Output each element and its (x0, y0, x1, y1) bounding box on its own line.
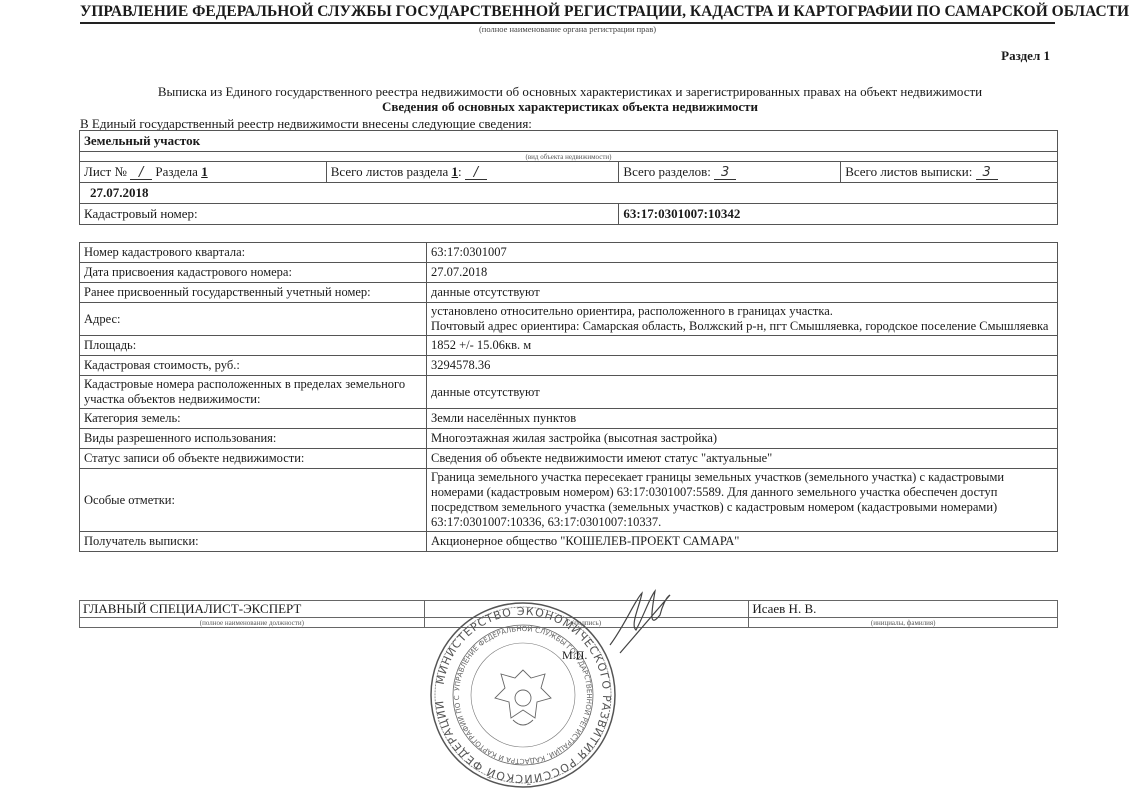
row-value: данные отсутствуют (427, 376, 1058, 409)
signer-name: Исаев Н. В. (749, 601, 1058, 618)
table-row: Адрес:установлено относительно ориентира… (80, 303, 1058, 336)
row-label: Кадастровая стоимость, руб.: (80, 356, 427, 376)
position-caption: (полное наименование должности) (80, 618, 425, 628)
row-label: Статус записи об объекте недвижимости: (80, 449, 427, 469)
table-row: Номер кадастрового квартала:63:17:030100… (80, 243, 1058, 263)
total-sections-cell: Всего разделов: 3 (619, 162, 841, 183)
total-sheets-section-num: 1 (452, 164, 459, 179)
row-value: Сведения об объекте недвижимости имеют с… (427, 449, 1058, 469)
cadastral-number-label: Кадастровый номер: (80, 204, 619, 225)
official-seal-icon: МИНИСТЕРСТВО ЭКОНОМИЧЕСКОГО РАЗВИТИЯ РОС… (428, 600, 618, 790)
row-label: Площадь: (80, 336, 427, 356)
total-sheets-section-value: / (465, 167, 487, 180)
handwritten-signature-icon (600, 585, 680, 655)
row-label: Номер кадастрового квартала: (80, 243, 427, 263)
row-label: Получатель выписки: (80, 532, 427, 552)
section-num: 1 (201, 164, 208, 179)
row-value: 3294578.36 (427, 356, 1058, 376)
extract-date: 27.07.2018 (80, 183, 1058, 204)
row-value: данные отсутствуют (427, 283, 1058, 303)
row-value: 1852 +/- 15.06кв. м (427, 336, 1058, 356)
extract-title: Выписка из Единого государственного реес… (80, 84, 1060, 100)
signer-position: ГЛАВНЫЙ СПЕЦИАЛИСТ-ЭКСПЕРТ (80, 601, 425, 618)
sheet-number-cell: Лист № / Раздела 1 (80, 162, 327, 183)
row-label: Кадастровые номера расположенных в преде… (80, 376, 427, 409)
section-label: Раздел 1 (1001, 48, 1050, 64)
section-word: Раздела (155, 164, 198, 179)
table-row: Особые отметки:Граница земельного участк… (80, 469, 1058, 532)
row-label: Особые отметки: (80, 469, 427, 532)
total-sections-value: 3 (714, 167, 736, 180)
row-value: 63:17:0301007 (427, 243, 1058, 263)
sheet-label: Лист № (84, 164, 127, 179)
table-row: Площадь:1852 +/- 15.06кв. м (80, 336, 1058, 356)
name-caption: (инициалы, фамилия) (749, 618, 1058, 628)
table-row: Виды разрешенного использования:Многоэта… (80, 429, 1058, 449)
extract-subtitle: Сведения об основных характеристиках объ… (80, 99, 1060, 115)
stamp-mark: М.П. (562, 648, 587, 663)
characteristics-table: Номер кадастрового квартала:63:17:030100… (79, 242, 1058, 552)
total-sheets-section-cell: Всего листов раздела 1: / (326, 162, 619, 183)
table-row: Статус записи об объекте недвижимости:Св… (80, 449, 1058, 469)
row-value: установлено относительно ориентира, расп… (427, 303, 1058, 336)
object-header-table: Земельный участок (вид объекта недвижимо… (79, 130, 1058, 225)
row-value: Земли населённых пунктов (427, 409, 1058, 429)
table-row: Ранее присвоенный государственный учетны… (80, 283, 1058, 303)
table-row: Кадастровая стоимость, руб.:3294578.36 (80, 356, 1058, 376)
sheet-value: / (130, 167, 152, 180)
row-label: Ранее присвоенный государственный учетны… (80, 283, 427, 303)
table-row: Дата присвоения кадастрового номера:27.0… (80, 263, 1058, 283)
row-value: Граница земельного участка пересекает гр… (427, 469, 1058, 532)
total-sheets-extract-value: 3 (976, 167, 998, 180)
agency-name: УПРАВЛЕНИЕ ФЕДЕРАЛЬНОЙ СЛУЖБЫ ГОСУДАРСТВ… (80, 3, 1055, 24)
total-sheets-extract-cell: Всего листов выписки: 3 (841, 162, 1058, 183)
row-value: Многоэтажная жилая застройка (высотная з… (427, 429, 1058, 449)
cadastral-number: 63:17:0301007:10342 (619, 204, 1058, 225)
total-sheets-section-label: Всего листов раздела (331, 164, 449, 179)
row-value: Акционерное общество "КОШЕЛЕВ-ПРОЕКТ САМ… (427, 532, 1058, 552)
row-value: 27.07.2018 (427, 263, 1058, 283)
object-type: Земельный участок (80, 131, 1058, 152)
agency-caption: (полное наименование органа регистрации … (80, 24, 1055, 34)
object-type-caption: (вид объекта недвижимости) (80, 152, 1058, 162)
row-label: Адрес: (80, 303, 427, 336)
row-label: Категория земель: (80, 409, 427, 429)
total-sections-label: Всего разделов: (623, 164, 710, 179)
total-sheets-extract-label: Всего листов выписки: (845, 164, 972, 179)
table-row: Кадастровые номера расположенных в преде… (80, 376, 1058, 409)
table-row: Категория земель:Земли населённых пункто… (80, 409, 1058, 429)
table-row: Получатель выписки:Акционерное общество … (80, 532, 1058, 552)
row-label: Виды разрешенного использования: (80, 429, 427, 449)
row-label: Дата присвоения кадастрового номера: (80, 263, 427, 283)
